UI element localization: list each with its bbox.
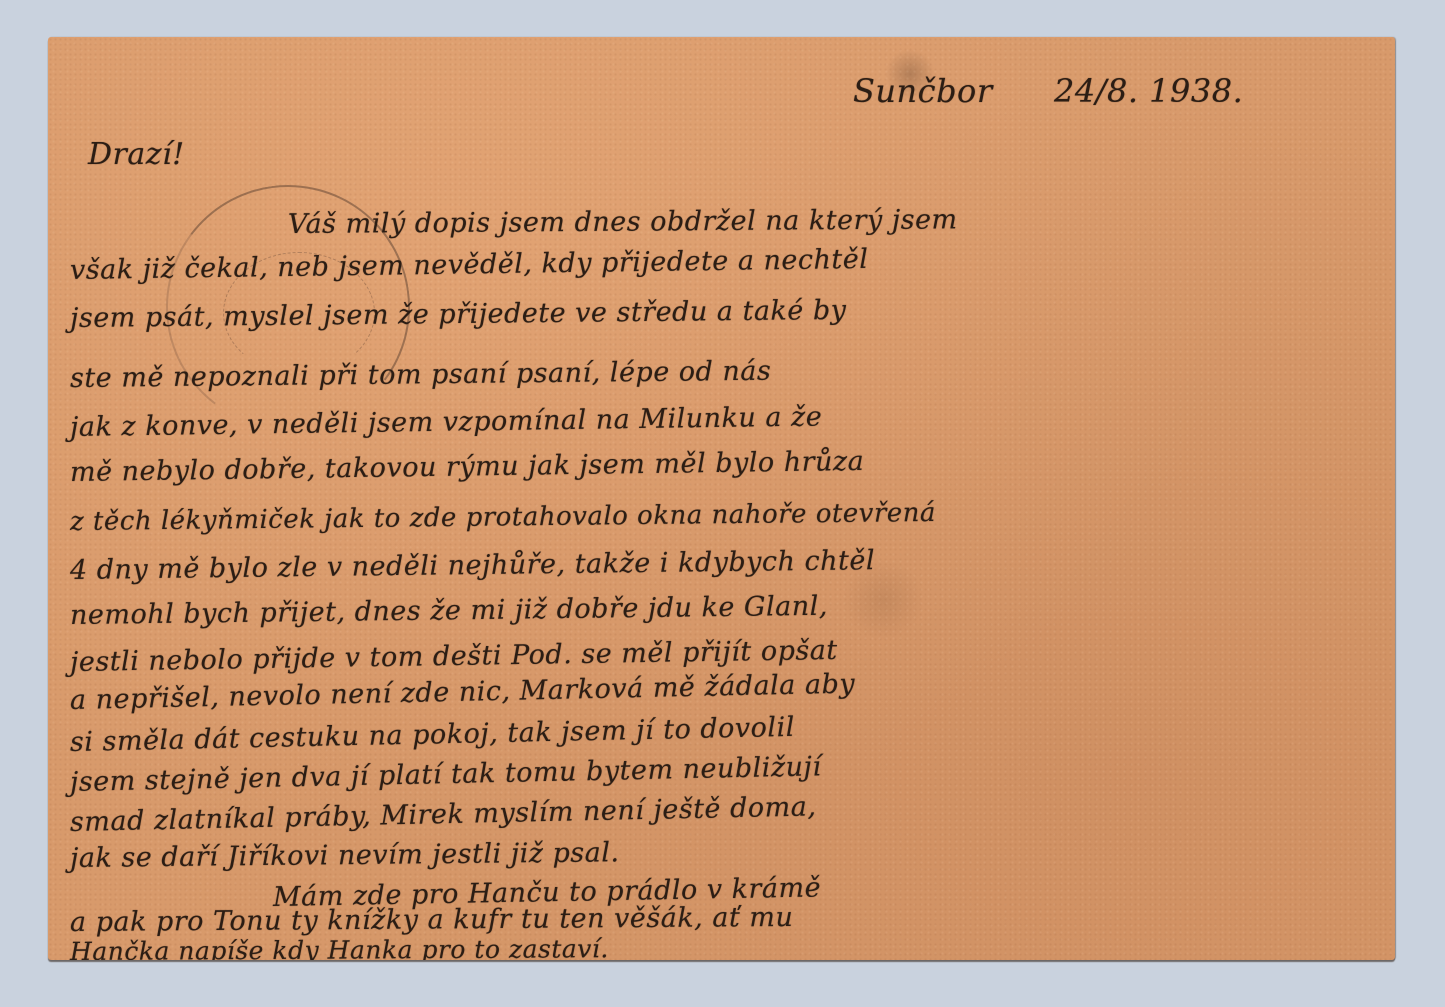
place-and-date: Sunčbor 24/8. 1938. [853,72,1243,110]
body-line-7: z těch lékyňmiček jak to zde protahovalo… [70,498,936,537]
body-line-12: si směla dát cestuku na pokoj, tak jsem … [70,712,795,758]
body-line-14: smad zlatníkal práby, Mirek myslím není … [70,791,817,838]
body-line-17: a pak pro Tonu ty knížky a kufr tu ten v… [70,902,794,938]
postcard: Sunčbor 24/8. 1938. Drazí! Váš milý dopi… [48,37,1395,960]
body-line-6: mě nebylo dobře, takovou rýmu jak jsem m… [70,446,865,488]
body-line-13: jsem stejně jen dva jí platí tak tomu by… [70,751,822,798]
body-line-15: jak se daří Jiříkovi nevím jestli již ps… [70,837,620,874]
body-line-4: ste mě nepoznali při tom psaní psaní, lé… [70,356,772,394]
body-line-18: Hančka napíše kdy Hanka pro to zastaví. [70,934,609,960]
body-line-5: jak z konve, v neděli jsem vzpomínal na … [70,401,823,443]
body-line-1: Váš milý dopis jsem dnes obdržel na kter… [288,204,958,240]
body-line-8: 4 dny mě bylo zle v neděli nejhůře, takž… [70,545,875,586]
greeting: Drazí! [88,137,185,172]
date: 24/8. 1938. [1054,72,1243,110]
body-line-9: nemohl bych přijet, dnes že mi již dobře… [70,591,828,631]
place: Sunčbor [853,72,993,110]
